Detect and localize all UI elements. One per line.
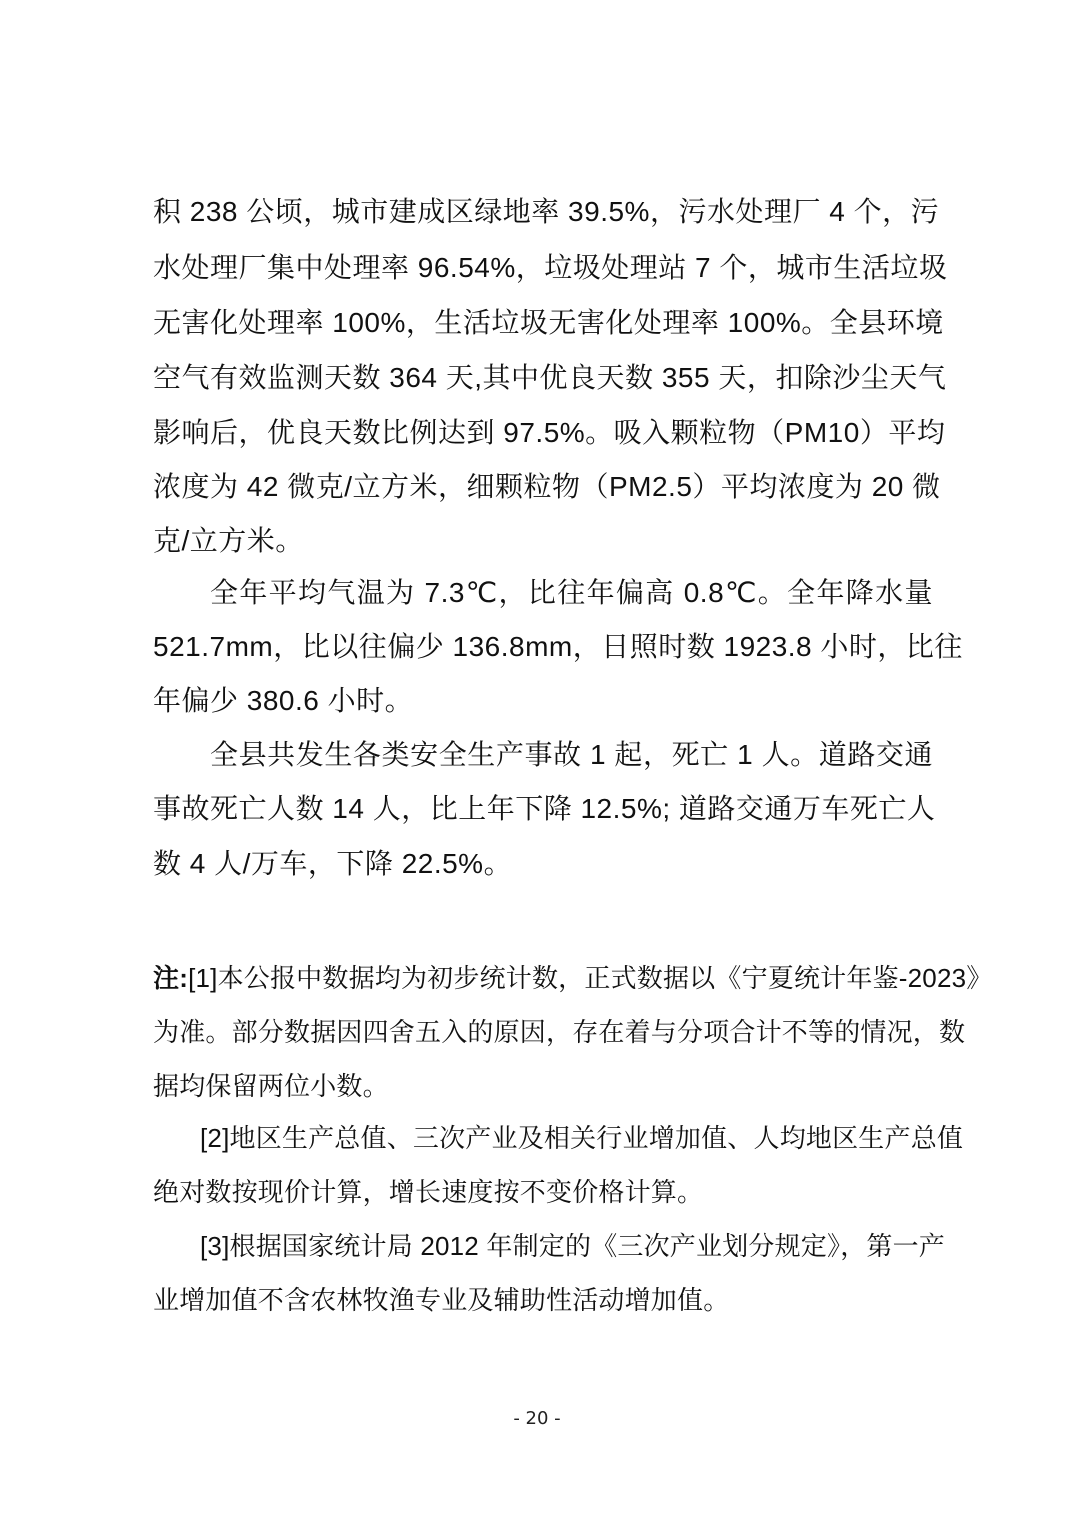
text-line: 事故死亡人数 14 人，比上年下降 12.5%; 道路交通万车死亡人 [153, 789, 933, 829]
notes-label: 注: [153, 963, 188, 993]
text-line: 水处理厂集中处理率 96.54%，垃圾处理站 7 个，城市生活垃圾 [153, 248, 933, 288]
text-line: 积 238 公顷，城市建成区绿地率 39.5%，污水处理厂 4 个，污 [153, 192, 933, 232]
text-line: 全年平均气温为 7.3℃，比往年偏高 0.8℃。全年降水量 [210, 573, 933, 613]
text-line: 空气有效监测天数 364 天,其中优良天数 355 天，扣除沙尘天气 [153, 358, 933, 398]
text-line: 521.7mm，比以往偏少 136.8mm，日照时数 1923.8 小时，比往 [153, 627, 933, 667]
note-line: [2]地区生产总值、三次产业及相关行业增加值、人均地区生产总值 [200, 1120, 933, 1156]
text-line: 浓度为 42 微克/立方米，细颗粒物（PM2.5）平均浓度为 20 微 [153, 467, 933, 507]
note-line: [3]根据国家统计局 2012 年制定的《三次产业划分规定》，第一产 [200, 1228, 933, 1264]
text-line: 全县共发生各类安全生产事故 1 起，死亡 1 人。道路交通 [210, 735, 933, 775]
note-line: 绝对数按现价计算，增长速度按不变价格计算。 [153, 1174, 933, 1210]
text-line: 影响后，优良天数比例达到 97.5%。吸入颗粒物（PM10）平均 [153, 413, 933, 453]
note-line: 据均保留两位小数。 [153, 1068, 933, 1104]
text-line: 数 4 人/万车，下降 22.5%。 [153, 844, 933, 884]
text-line: 年偏少 380.6 小时。 [153, 681, 933, 721]
note-line: 注:[1]本公报中数据均为初步统计数，正式数据以《宁夏统计年鉴-2023》 [153, 960, 933, 996]
page-number: - 20 - [0, 1408, 1074, 1429]
text-line: 克/立方米。 [153, 521, 933, 561]
note-line: 为准。部分数据因四舍五入的原因，存在着与分项合计不等的情况，数 [153, 1014, 933, 1050]
text-line: 无害化处理率 100%，生活垃圾无害化处理率 100%。全县环境 [153, 303, 933, 343]
note-text: [1]本公报中数据均为初步统计数，正式数据以《宁夏统计年鉴-2023》 [188, 963, 992, 993]
note-line: 业增加值不含农林牧渔专业及辅助性活动增加值。 [153, 1282, 933, 1318]
